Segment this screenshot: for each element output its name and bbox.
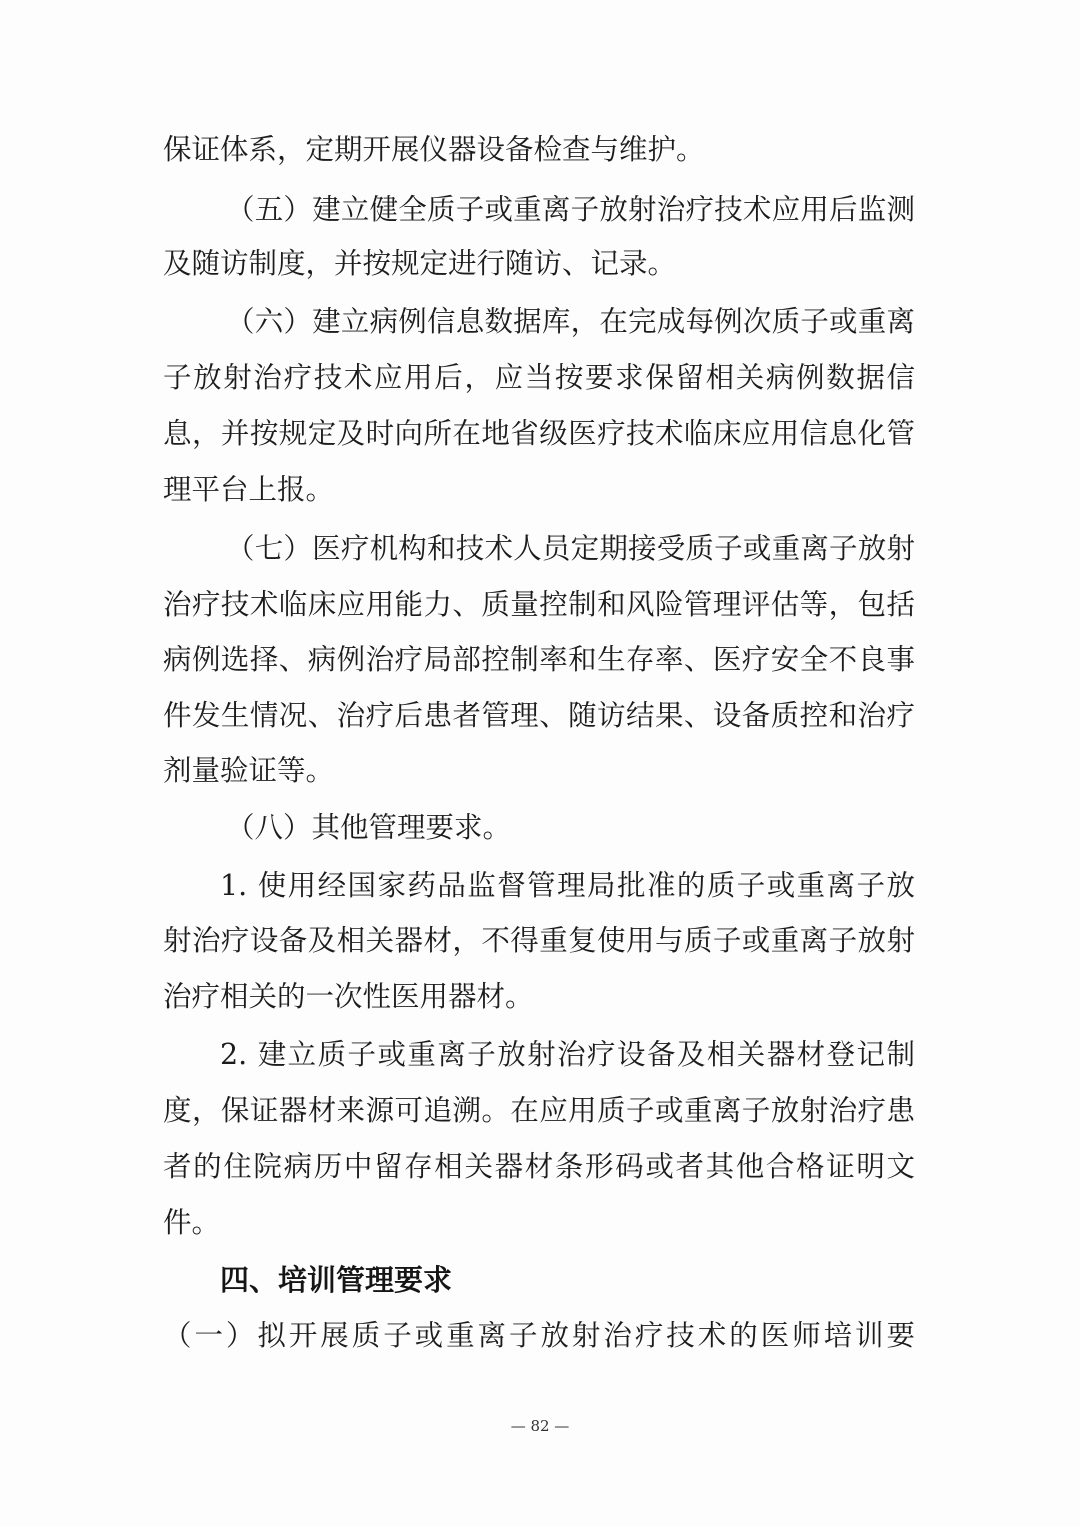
paragraph-line: 2. 建立质子或重离子放射治疗设备及相关器材登记制: [220, 1035, 915, 1075]
paragraph-line: 1. 使用经国家药品监督管理局批准的质子或重离子放: [220, 866, 915, 906]
paragraph-line: 者的住院病历中留存相关器材条形码或者其他合格证明文: [163, 1147, 915, 1187]
paragraph-line: （八）其他管理要求。: [226, 808, 915, 848]
document-page: 保证体系，定期开展仪器设备检查与维护。 （五）建立健全质子或重离子放射治疗技术应…: [0, 0, 1080, 1526]
page-number: — 82 —: [0, 1416, 1080, 1436]
paragraph-line: 子放射治疗技术应用后，应当按要求保留相关病例数据信: [163, 358, 915, 398]
paragraph-line: 治疗技术临床应用能力、质量控制和风险管理评估等，包括: [163, 585, 915, 625]
paragraph-line: （五）建立健全质子或重离子放射治疗技术应用后监测: [226, 190, 915, 230]
paragraph-line: 理平台上报。: [163, 470, 915, 510]
paragraph-line: 射治疗设备及相关器材，不得重复使用与质子或重离子放射: [163, 921, 915, 961]
paragraph-line: （一）拟开展质子或重离子放射治疗技术的医师培训要: [163, 1316, 915, 1356]
paragraph-line: 治疗相关的一次性医用器材。: [163, 977, 915, 1017]
paragraph-line: （七）医疗机构和技术人员定期接受质子或重离子放射: [226, 529, 915, 569]
paragraph-line: 保证体系，定期开展仪器设备检查与维护。: [163, 130, 915, 170]
paragraph-line: （六）建立病例信息数据库，在完成每例次质子或重离: [226, 302, 915, 342]
paragraph-line: 件发生情况、治疗后患者管理、随访结果、设备质控和治疗: [163, 696, 915, 736]
paragraph-line: 息，并按规定及时向所在地省级医疗技术临床应用信息化管: [163, 414, 915, 454]
paragraph-line: 度，保证器材来源可追溯。在应用质子或重离子放射治疗患: [163, 1091, 915, 1131]
paragraph-line: 剂量验证等。: [163, 751, 915, 791]
paragraph-line: 病例选择、病例治疗局部控制率和生存率、医疗安全不良事: [163, 640, 915, 680]
paragraph-line: 件。: [163, 1203, 915, 1243]
paragraph-line: 及随访制度，并按规定进行随访、记录。: [163, 244, 915, 284]
section-heading: 四、培训管理要求: [220, 1260, 452, 1300]
